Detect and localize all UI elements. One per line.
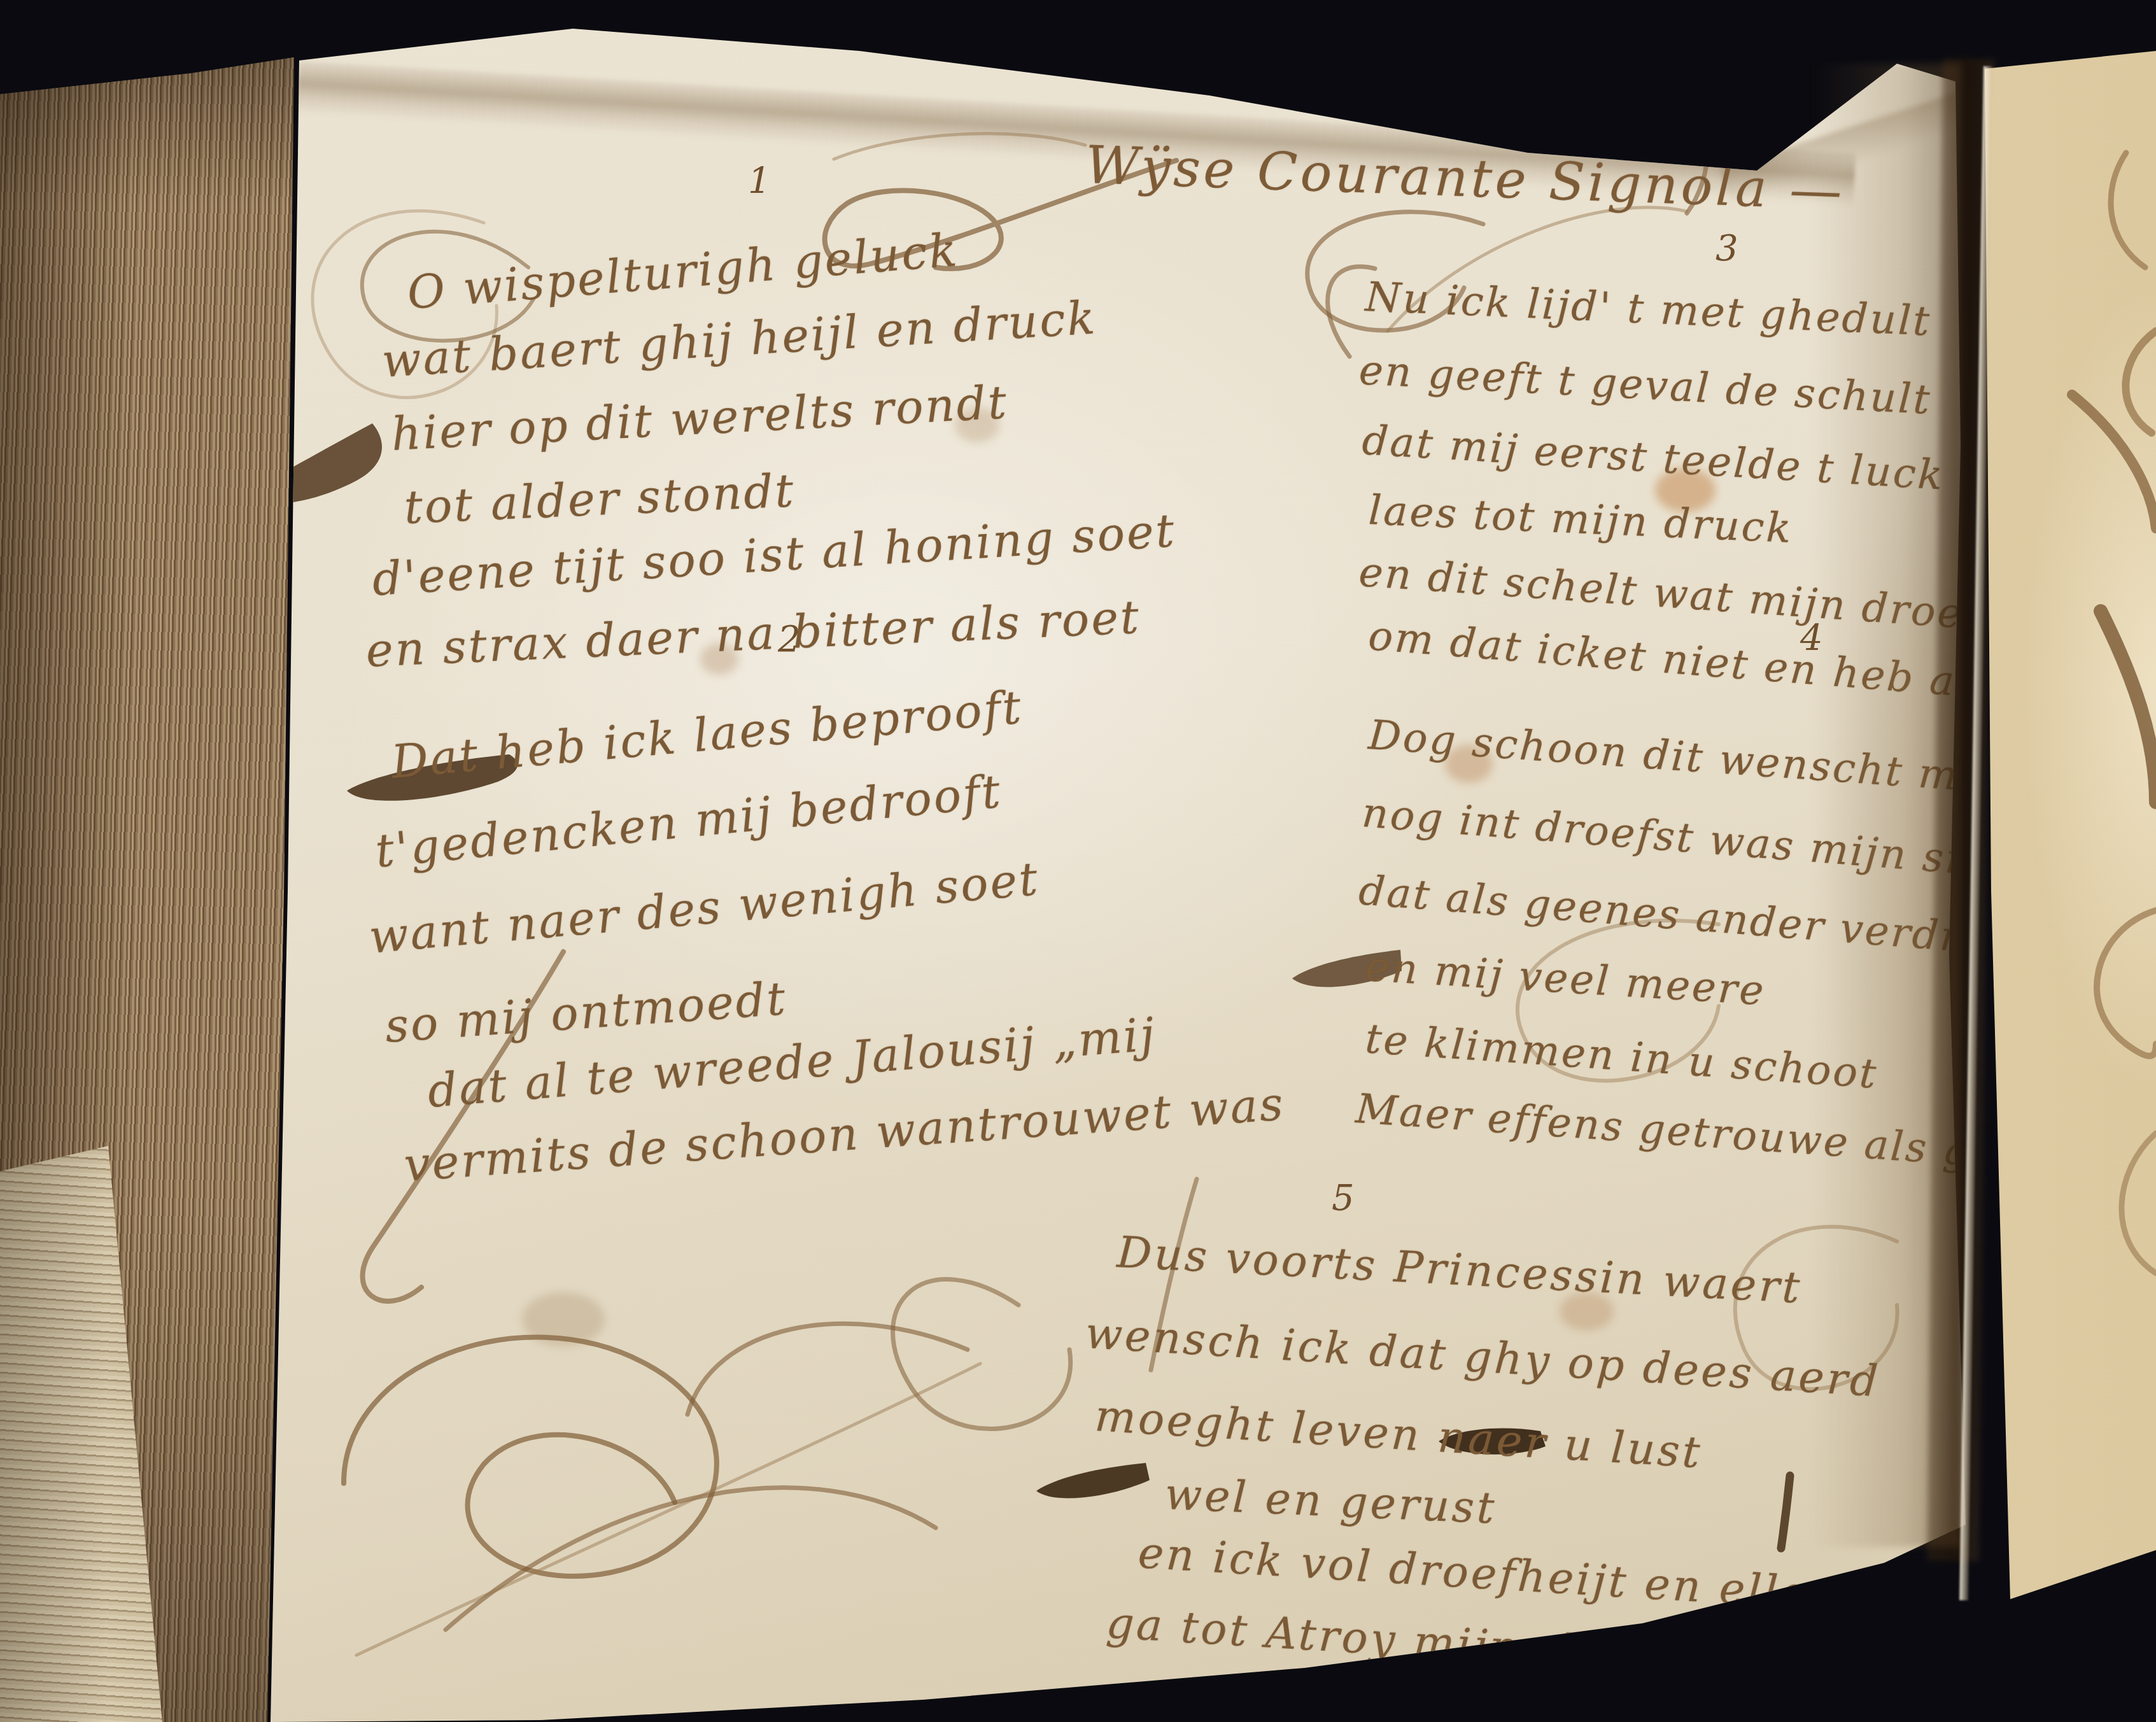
flourish-facing <box>2125 331 2156 433</box>
page-curve-shading <box>1811 64 1961 1547</box>
flourish-facing <box>2101 611 2156 802</box>
flourish-knot <box>446 1488 936 1630</box>
flourish-knot <box>344 1337 717 1576</box>
flourish-facing <box>2111 153 2145 267</box>
manuscript-photo: Wÿse Courante Signola — 1 2 3 4 5 O wisp… <box>0 0 2156 1722</box>
flourish-hairline <box>834 134 1085 159</box>
stanza-number-5: 5 <box>1332 1178 1355 1219</box>
flourish-stanza5-initial <box>893 1280 1071 1429</box>
flourish-descender <box>1781 1476 1790 1548</box>
stanza-number-1: 1 <box>748 160 771 202</box>
flourish-facing <box>2097 910 2156 1056</box>
flourish-facing <box>2072 395 2156 528</box>
stanza-number-3: 3 <box>1716 228 1738 269</box>
flourish-knot <box>687 1323 968 1415</box>
flourish-facing <box>2122 1133 2156 1273</box>
swash-stanza5 <box>1036 1463 1150 1498</box>
flourish-knot-hairline <box>356 1364 980 1655</box>
